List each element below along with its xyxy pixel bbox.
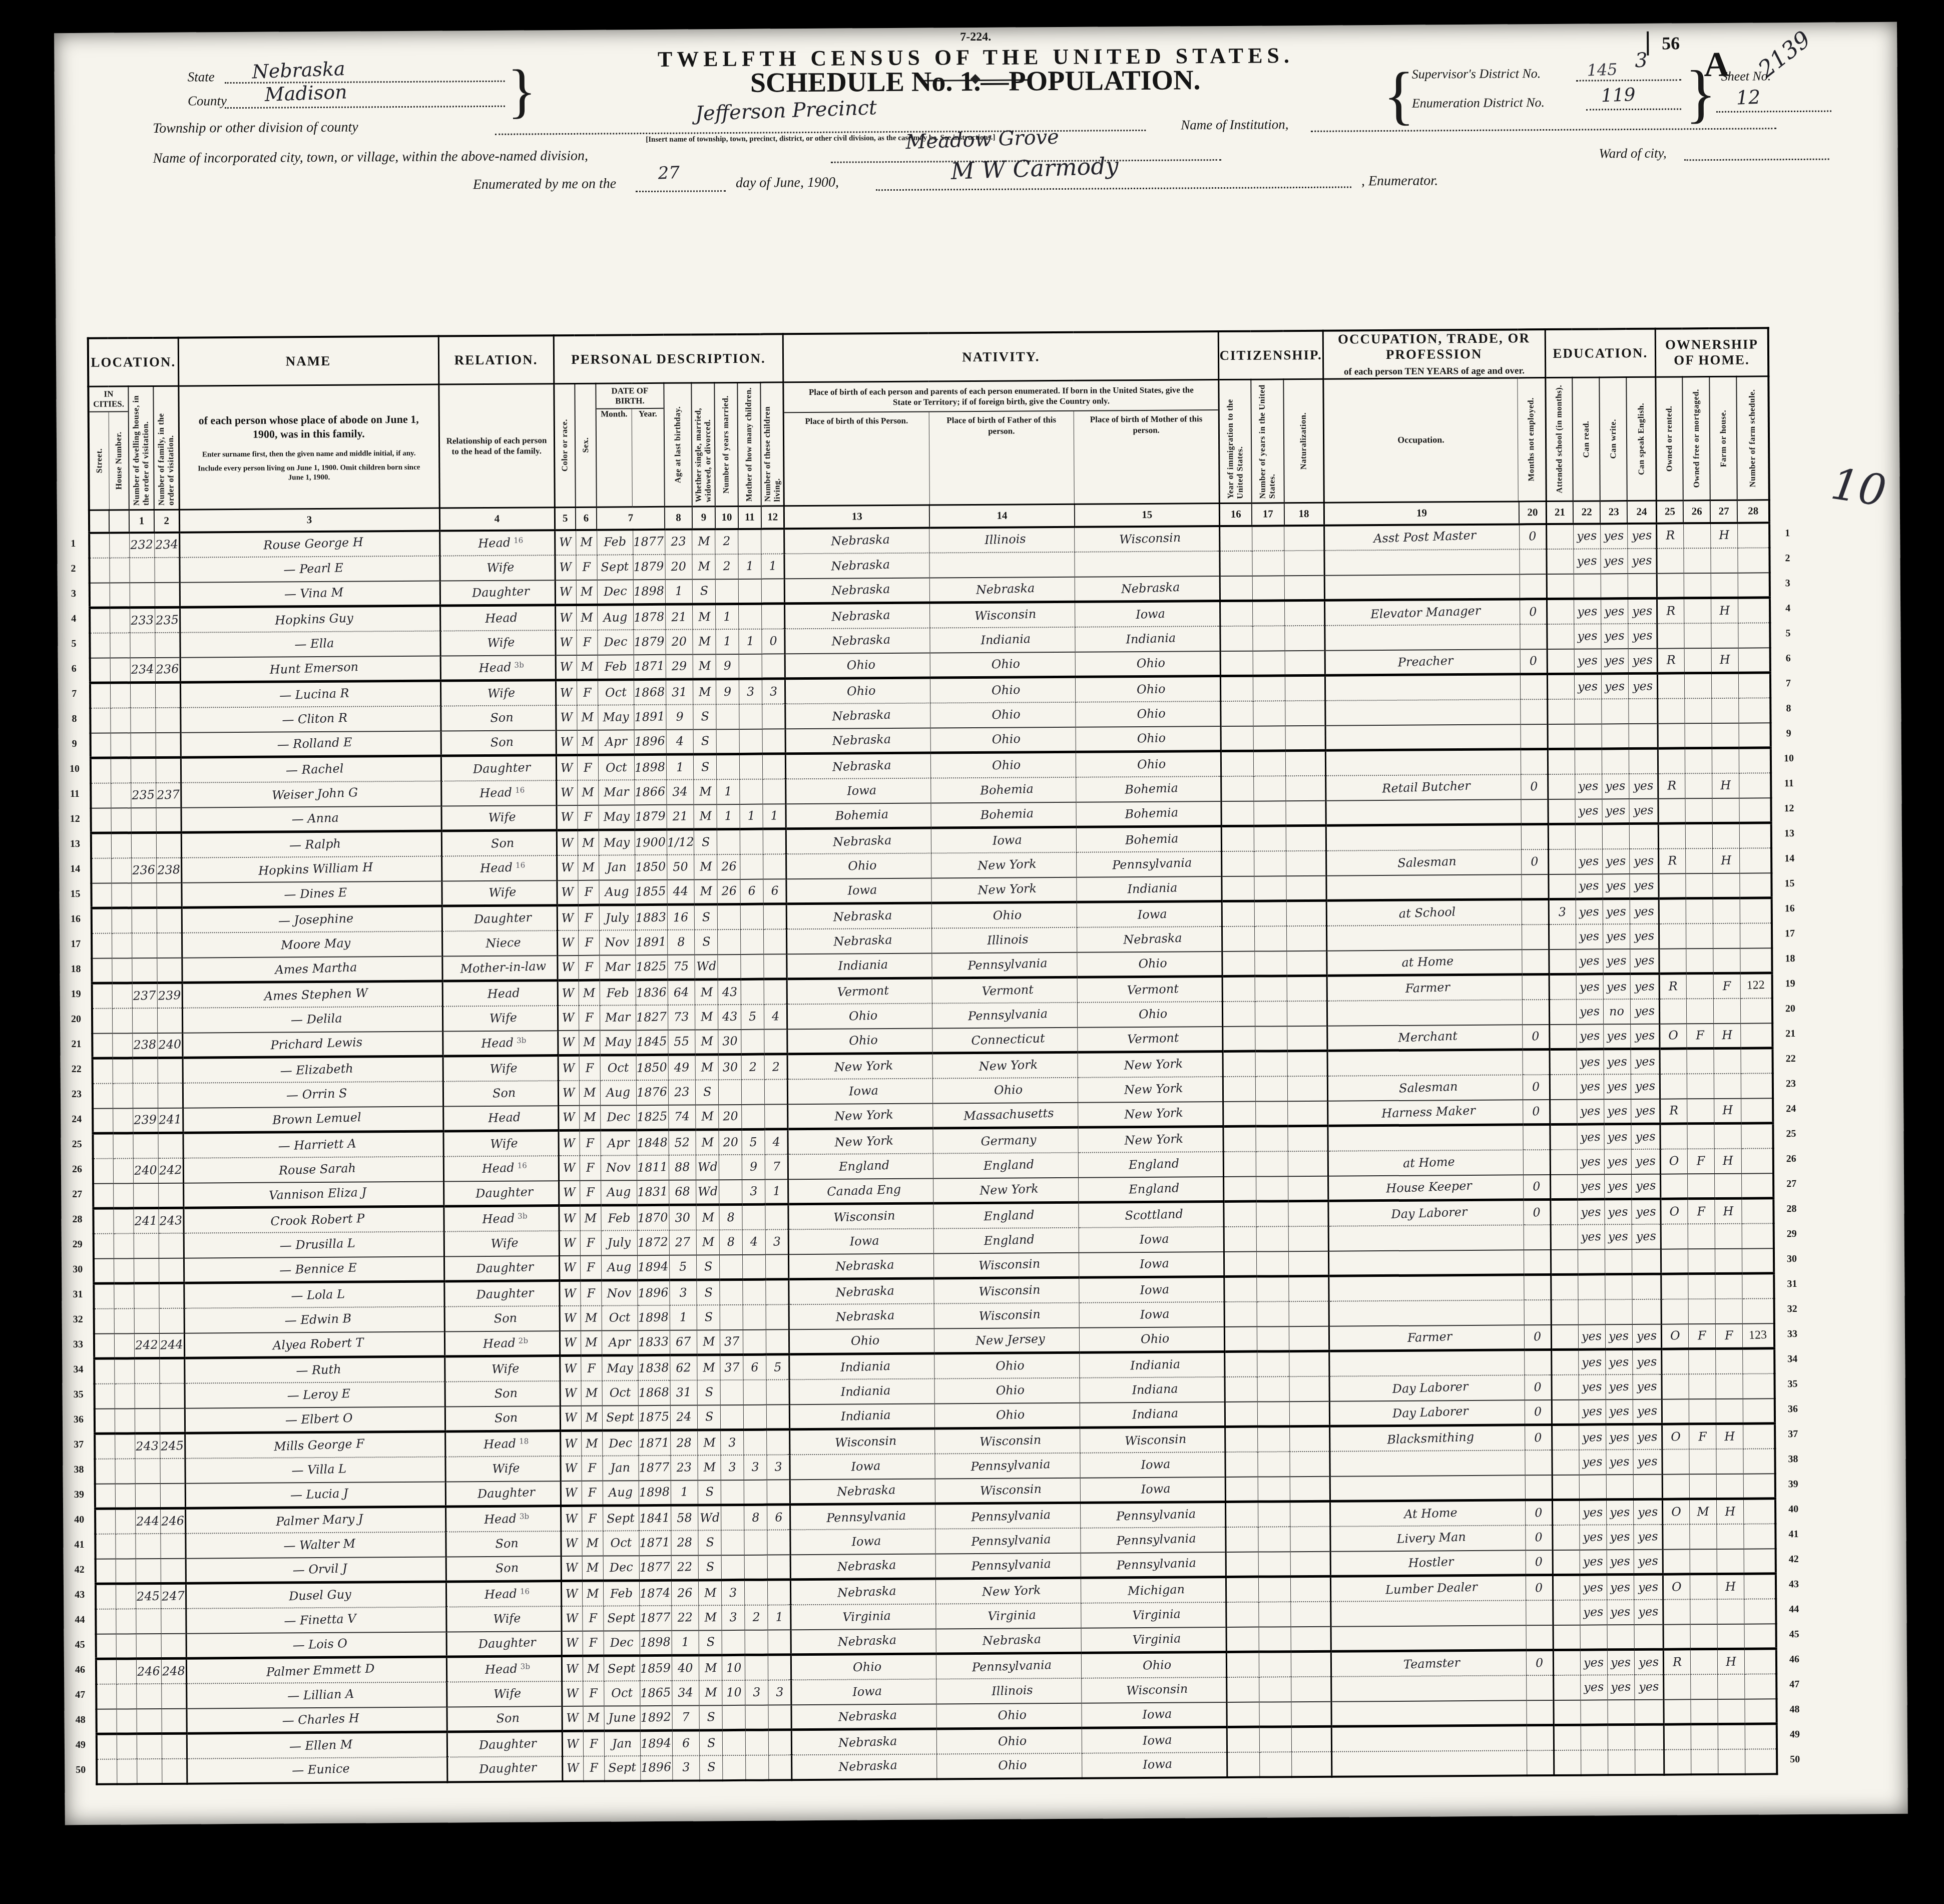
cell-marital: M — [698, 1430, 721, 1455]
cell-can_write: yes — [1604, 1049, 1631, 1074]
row-number: 50 — [1782, 1754, 1808, 1765]
row-number: 41 — [1780, 1529, 1806, 1540]
col-dwelling: Number of dwelling house, in the order o… — [131, 390, 151, 506]
cell-years_married: 2 — [715, 529, 738, 554]
cell-naturalization — [1284, 551, 1324, 576]
cell-children_living: 1 — [761, 554, 784, 579]
cell-family — [159, 1233, 184, 1258]
column-number: 21 — [1546, 501, 1573, 524]
cell-years_married — [717, 754, 740, 779]
column-number: 19 — [1324, 502, 1519, 526]
cell-years_married: 37 — [720, 1330, 743, 1355]
state-value: Nebraska — [252, 60, 345, 82]
cell-blank — [114, 1333, 134, 1358]
cell-can_speak_english: yes — [1631, 1049, 1660, 1074]
cell-blank — [93, 1183, 113, 1208]
cell-can_speak_english — [1629, 823, 1658, 848]
column-number: 27 — [1710, 500, 1737, 523]
cell-children_living: 3 — [767, 1455, 790, 1480]
cell-birthplace: Nebraska — [792, 1754, 937, 1780]
cell-mother_birthplace: Virginia — [1081, 1602, 1226, 1628]
cell-color: W — [556, 705, 577, 730]
cell-father_birthplace: Illinois — [929, 527, 1075, 553]
cell-color: W — [558, 1006, 579, 1031]
enumerator-suffix: , Enumerator. — [1361, 173, 1438, 189]
cell-sex: F — [582, 1506, 603, 1531]
cell-family — [156, 833, 181, 858]
cell-dwelling: 244 — [135, 1509, 160, 1534]
cell-mother_of — [739, 604, 762, 629]
cell-color: W — [560, 1406, 581, 1431]
cell-birthplace: Indiania — [789, 1353, 934, 1379]
cell-school_months — [1551, 1224, 1578, 1249]
cell-birth_month: Aug — [597, 605, 633, 630]
cell-sex: M — [581, 1380, 602, 1405]
cell-free_mortgaged: F — [1689, 1424, 1716, 1449]
cell-mother_birthplace: Ohio — [1082, 1652, 1227, 1678]
cell-relation: Wife — [441, 805, 556, 831]
cell-name: Rouse George H — [179, 531, 439, 557]
cell-marital: M — [696, 1205, 719, 1230]
cell-birth_year: 1898 — [639, 1481, 671, 1506]
cell-father_birthplace: Nebraska — [936, 1628, 1081, 1654]
cell-sex: F — [580, 1280, 601, 1305]
cell-immigration_year — [1223, 1026, 1255, 1051]
cell-months_not_employed — [1520, 699, 1547, 724]
cell-birth_year: 1811 — [637, 1155, 669, 1180]
row-number: 27 — [1778, 1178, 1804, 1190]
cell-blank — [111, 858, 131, 883]
cell-father_birthplace: Illinois — [932, 927, 1077, 954]
cell-farm_schedule — [1743, 1449, 1775, 1474]
cell-months_not_employed: 0 — [1523, 1175, 1550, 1200]
cell-color: W — [561, 1481, 582, 1506]
district-brace-close: } — [1685, 56, 1716, 131]
row-number: 5 — [1775, 628, 1801, 639]
cell-can_read: yes — [1577, 1074, 1604, 1099]
cell-owned_rented — [1663, 1674, 1690, 1699]
column-number — [109, 510, 129, 533]
cell-relation: Son — [441, 830, 557, 856]
cell-can_read: yes — [1580, 1525, 1607, 1550]
cell-dwelling — [132, 908, 157, 933]
cell-owned_rented — [1661, 1249, 1688, 1274]
cell-naturalization — [1288, 1201, 1328, 1226]
cell-owned_rented: R — [1656, 523, 1683, 548]
row-number: 38 — [1780, 1454, 1806, 1465]
cell-relation: Head2b — [444, 1331, 560, 1356]
cell-naturalization — [1286, 801, 1326, 826]
cell-marital: M — [693, 679, 716, 704]
cell-occupation: Day Laborer — [1329, 1400, 1525, 1426]
cell-birth_year: 1894 — [640, 1731, 672, 1756]
cell-dwelling: 245 — [136, 1584, 161, 1609]
cell-sex: M — [579, 1080, 600, 1105]
cell-age: 22 — [671, 1555, 699, 1580]
cell-name: — Drusilla L — [184, 1231, 444, 1258]
cell-farm_house: F — [1713, 973, 1740, 998]
cell-name: Weiser John G — [181, 781, 441, 807]
cell-mother_birthplace: Indiania — [1075, 626, 1220, 652]
cell-name: — Leroy E — [185, 1381, 445, 1408]
row-number: 15 — [62, 888, 88, 900]
cell-can_read: yes — [1576, 974, 1603, 999]
cell-immigration_year — [1224, 1201, 1256, 1226]
cell-sex: F — [580, 1180, 601, 1205]
cell-can_speak_english: yes — [1633, 1399, 1662, 1424]
cell-name: Ames Martha — [182, 956, 442, 983]
cell-years_in_us — [1252, 601, 1285, 626]
cell-can_read: yes — [1575, 774, 1602, 799]
cell-can_speak_english: yes — [1631, 1174, 1660, 1199]
cell-years_in_us — [1255, 1026, 1287, 1051]
cell-mother_birthplace: Iowa — [1081, 1477, 1226, 1503]
cell-years_in_us — [1258, 1577, 1291, 1602]
cell-years_in_us — [1253, 776, 1286, 801]
cell-free_mortgaged — [1690, 1649, 1717, 1674]
cell-can_read: yes — [1578, 1349, 1605, 1374]
cell-free_mortgaged — [1690, 1549, 1717, 1574]
cell-blank — [115, 1484, 135, 1509]
cell-color: W — [561, 1606, 582, 1631]
cell-years_in_us — [1257, 1301, 1289, 1326]
cell-free_mortgaged — [1688, 1249, 1715, 1274]
cell-immigration_year — [1226, 1527, 1258, 1552]
cell-relation: Wife — [442, 1006, 558, 1031]
col-year: Year. — [632, 409, 664, 506]
cell-can_read: yes — [1575, 799, 1602, 824]
row-number: 6 — [1775, 653, 1801, 664]
cell-birthplace: Nebraska — [790, 1479, 935, 1505]
cell-owned_rented — [1661, 1299, 1688, 1324]
cell-mother_birthplace: Iowa — [1079, 1277, 1224, 1303]
col-can-write: Can write. — [1609, 419, 1618, 458]
cell-family — [157, 908, 182, 933]
cell-owned_rented — [1664, 1724, 1691, 1749]
cell-occupation — [1327, 1000, 1522, 1026]
cell-relation: Head16 — [441, 780, 556, 806]
occupation-block: Occupation. Months not employed. — [1323, 377, 1547, 503]
cell-mother_of — [740, 854, 763, 879]
schedule-title: SCHEDULE No. 1.—POPULATION. — [650, 64, 1300, 100]
cell-owned_rented: R — [1657, 648, 1684, 673]
cell-color: W — [557, 855, 578, 880]
cell-age: 34 — [666, 779, 694, 804]
cell-years_in_us — [1258, 1602, 1291, 1627]
cell-children_living: 4 — [765, 1129, 788, 1154]
cell-naturalization — [1288, 1126, 1328, 1151]
cell-school_months — [1546, 524, 1573, 549]
cell-age: 58 — [671, 1505, 698, 1530]
cell-can_read: yes — [1580, 1550, 1607, 1575]
row-number: 13 — [62, 838, 88, 850]
cell-owned_rented — [1657, 573, 1684, 598]
row-number: 29 — [65, 1239, 91, 1250]
cell-age: 67 — [670, 1330, 697, 1355]
cell-occupation: Harness Maker — [1327, 1100, 1523, 1126]
cell-years_in_us — [1258, 1452, 1290, 1477]
cell-marital: M — [699, 1680, 722, 1705]
cell-owned_rented — [1663, 1599, 1690, 1624]
cell-farm_house — [1714, 1123, 1741, 1148]
cell-months_not_employed — [1526, 1625, 1553, 1650]
cell-color: W — [562, 1656, 583, 1681]
cell-birthplace: Nebraska — [785, 703, 930, 729]
cell-mother_birthplace: New York — [1078, 1102, 1223, 1128]
cell-immigration_year — [1225, 1376, 1257, 1401]
cell-relation: Son — [444, 1306, 560, 1331]
col-dob: DATE OF BIRTH. — [596, 384, 663, 409]
cell-immigration_year — [1227, 1752, 1260, 1777]
cell-occupation: Merchant — [1327, 1025, 1522, 1051]
cell-birthplace: Wisconsin — [790, 1429, 935, 1455]
cell-father_birthplace: Virginia — [936, 1603, 1081, 1629]
row-number: 23 — [1778, 1078, 1804, 1090]
row-number: 38 — [66, 1464, 92, 1476]
cell-sex: M — [576, 605, 597, 630]
cell-naturalization — [1291, 1702, 1331, 1727]
cell-sex: M — [581, 1305, 602, 1330]
cell-farm_house — [1716, 1373, 1743, 1398]
cell-color: W — [560, 1431, 581, 1456]
cell-father_birthplace: Ohio — [932, 902, 1077, 928]
column-number: 28 — [1737, 500, 1769, 523]
cell-immigration_year — [1222, 876, 1254, 901]
cell-children_living: 0 — [762, 629, 785, 654]
cell-marital: M — [697, 1230, 720, 1255]
cell-birth_month: Nov — [601, 1280, 637, 1305]
cell-can_speak_english: yes — [1634, 1649, 1663, 1674]
cell-marital: S — [698, 1405, 721, 1430]
cell-immigration_year — [1225, 1452, 1258, 1477]
county-label: County — [188, 93, 227, 109]
cell-birth_year: 1871 — [634, 655, 666, 680]
cell-dwelling — [137, 1734, 162, 1759]
cell-can_speak_english — [1635, 1724, 1664, 1749]
cell-dwelling — [133, 1133, 158, 1158]
cell-children_living — [766, 1329, 789, 1354]
cell-owned_rented — [1657, 698, 1684, 723]
cell-birthplace: Nebraska — [791, 1579, 936, 1605]
cell-free_mortgaged — [1687, 1074, 1714, 1099]
dob-block: DATE OF BIRTH. Month. Year. — [596, 383, 665, 507]
cell-birth_year: 1891 — [634, 705, 666, 730]
cell-birthplace: Nebraska — [785, 628, 930, 654]
cell-birthplace: Ohio — [786, 853, 931, 879]
row-number: 25 — [1778, 1128, 1804, 1140]
cell-marital: M — [696, 1105, 719, 1130]
cell-name: Hopkins William H — [181, 856, 441, 882]
cell-father_birthplace: Ohio — [930, 702, 1076, 728]
cell-birth_year: 1900 — [635, 830, 667, 855]
cell-birth_month: Dec — [602, 1431, 638, 1456]
cell-family: 234 — [154, 533, 179, 558]
cell-years_married: 1 — [716, 629, 739, 654]
cell-can_write: yes — [1606, 1500, 1633, 1525]
cell-father_birthplace: Pennsylvania — [932, 1003, 1078, 1029]
cell-relation: Head — [443, 1106, 558, 1131]
cell-birthplace: Nebraska — [789, 1278, 934, 1304]
cell-years_married: 3 — [721, 1430, 744, 1455]
cell-can_speak_english — [1628, 574, 1657, 599]
cell-sex: M — [582, 1556, 603, 1581]
cell-father_birthplace: Wisconsin — [934, 1253, 1079, 1279]
cell-farm_house — [1717, 1599, 1744, 1624]
column-number: 1 — [129, 510, 154, 533]
cell-free_mortgaged — [1688, 1299, 1715, 1324]
cell-farm_house — [1714, 1073, 1741, 1098]
cell-farm_schedule — [1741, 1123, 1773, 1148]
row-number: 34 — [1779, 1353, 1805, 1365]
ward-line — [1684, 159, 1829, 161]
cell-age: 1 — [666, 754, 694, 779]
cell-can_read: yes — [1576, 1024, 1603, 1049]
cell-can_speak_english: yes — [1633, 1499, 1662, 1524]
cell-naturalization — [1288, 1251, 1328, 1276]
row-number: 8 — [1775, 703, 1801, 714]
cell-mother_birthplace: Indiania — [1077, 876, 1222, 902]
cell-mother_of — [745, 1655, 768, 1680]
cell-farm_schedule — [1744, 1549, 1776, 1574]
state-label: State — [187, 69, 214, 85]
cell-can_read: yes — [1580, 1600, 1607, 1625]
cell-father_birthplace: Wisconsin — [935, 1478, 1081, 1504]
cell-birth_month: May — [598, 705, 634, 730]
cell-birthplace: Nebraska — [791, 1704, 936, 1730]
cell-free_mortgaged — [1691, 1749, 1718, 1774]
cell-occupation: Farmer — [1327, 975, 1522, 1001]
cell-family — [157, 933, 182, 958]
column-number: 13 — [784, 505, 929, 529]
cell-birth_year: 1879 — [633, 555, 665, 580]
cell-naturalization — [1290, 1552, 1330, 1577]
cell-occupation — [1331, 1700, 1527, 1726]
cell-owned_rented — [1657, 548, 1684, 573]
cell-occupation — [1328, 1250, 1524, 1276]
cell-naturalization — [1287, 1026, 1327, 1051]
cell-mother_birthplace: Iowa — [1079, 1302, 1224, 1328]
cell-can_read: yes — [1580, 1650, 1607, 1675]
cell-blank — [90, 708, 110, 733]
cell-dwelling — [131, 808, 156, 833]
cell-can_read — [1578, 1249, 1605, 1274]
cell-naturalization — [1286, 851, 1326, 876]
cell-occupation — [1325, 624, 1520, 650]
cell-farm_schedule — [1737, 523, 1769, 548]
cell-months_not_employed — [1520, 674, 1547, 699]
cell-birth_year: 1850 — [635, 855, 667, 880]
cell-birthplace: Wisconsin — [788, 1203, 933, 1229]
cell-birth_year: 1871 — [638, 1431, 670, 1456]
cell-mother_birthplace: Iowa — [1082, 1752, 1227, 1778]
row-number: 4 — [1775, 603, 1801, 614]
cell-name: — Cliton R — [180, 706, 440, 732]
cell-dwelling — [136, 1684, 161, 1709]
cell-can_speak_english: yes — [1630, 999, 1659, 1024]
cell-color: W — [557, 880, 578, 905]
cell-mother_of — [743, 1279, 766, 1304]
col-pob-mother: Place of birth of Mother of this person. — [1074, 410, 1219, 503]
cell-birth_month: Sept — [602, 1405, 638, 1431]
cell-blank — [90, 658, 110, 683]
cell-mother_of: 2 — [741, 1054, 764, 1079]
cell-name: Crook Robert P — [183, 1206, 443, 1233]
cell-months_not_employed: 0 — [1520, 599, 1547, 624]
cell-immigration_year — [1220, 526, 1252, 551]
cell-years_married — [722, 1630, 745, 1655]
cell-sex: M — [576, 580, 597, 605]
cell-naturalization — [1286, 926, 1326, 951]
cell-blank — [112, 908, 132, 933]
stamp-number: 56 — [1647, 31, 1680, 55]
cell-farm_house — [1711, 573, 1738, 598]
cell-farm_house — [1711, 548, 1738, 573]
cell-relation: Head3b — [442, 1031, 558, 1056]
cell-can_write: yes — [1606, 1424, 1633, 1450]
cell-mother_of — [741, 904, 764, 929]
cell-birth_year: 1877 — [639, 1556, 671, 1581]
cell-color: W — [559, 1156, 580, 1181]
cell-occupation — [1325, 724, 1521, 750]
cell-age: 23 — [670, 1455, 698, 1480]
cell-can_speak_english: yes — [1632, 1349, 1661, 1374]
cell-mother_of — [743, 1254, 766, 1279]
cell-can_write: yes — [1601, 599, 1628, 624]
group-occupation: OCCUPATION, TRADE, OR PROFESSION of each… — [1323, 329, 1546, 379]
cell-school_months — [1553, 1525, 1580, 1550]
cell-occupation — [1324, 549, 1520, 575]
cell-children_living — [764, 904, 787, 929]
cell-blank — [95, 1459, 115, 1484]
cell-birth_month: Feb — [601, 1205, 637, 1230]
cell-can_speak_english — [1633, 1474, 1662, 1499]
cell-naturalization — [1288, 1101, 1328, 1126]
row-number: 22 — [64, 1064, 90, 1075]
cell-mother_birthplace: Iowa — [1079, 1252, 1224, 1278]
cell-can_write: yes — [1607, 1675, 1634, 1700]
cell-mother_birthplace: Iowa — [1080, 1452, 1225, 1478]
group-location: LOCATION. — [88, 338, 179, 386]
row-number: 5 — [61, 638, 87, 650]
row-number: 48 — [68, 1714, 94, 1726]
row-number: 13 — [1776, 828, 1802, 839]
cell-blank — [117, 1734, 137, 1759]
cell-years_married — [718, 955, 741, 980]
cell-relation: Daughter — [447, 1731, 562, 1757]
cell-farm_house — [1717, 1674, 1744, 1699]
cell-dwelling: 234 — [130, 658, 155, 683]
cell-birth_year: 1868 — [638, 1380, 670, 1405]
cell-dwelling — [134, 1258, 159, 1283]
cell-immigration_year — [1221, 651, 1253, 676]
cell-immigration_year — [1224, 1151, 1256, 1176]
cell-months_not_employed — [1520, 549, 1547, 574]
cell-farm_schedule — [1738, 673, 1770, 698]
cell-marital: M — [694, 879, 717, 904]
cell-mother_of — [741, 1029, 764, 1054]
cell-free_mortgaged — [1686, 974, 1713, 999]
cell-color: W — [557, 830, 578, 855]
cell-mother_birthplace: Pennsylvania — [1081, 1527, 1226, 1553]
cell-relation: Wife — [445, 1456, 560, 1482]
enumerator-mark: 3b — [515, 660, 524, 669]
cell-can_read: yes — [1580, 1675, 1607, 1700]
cell-owned_rented: O — [1662, 1424, 1689, 1449]
cell-dwelling — [134, 1308, 159, 1333]
cell-can_write: yes — [1603, 1024, 1630, 1049]
cell-family — [155, 583, 180, 608]
cell-name: — Pearl E — [179, 556, 439, 582]
